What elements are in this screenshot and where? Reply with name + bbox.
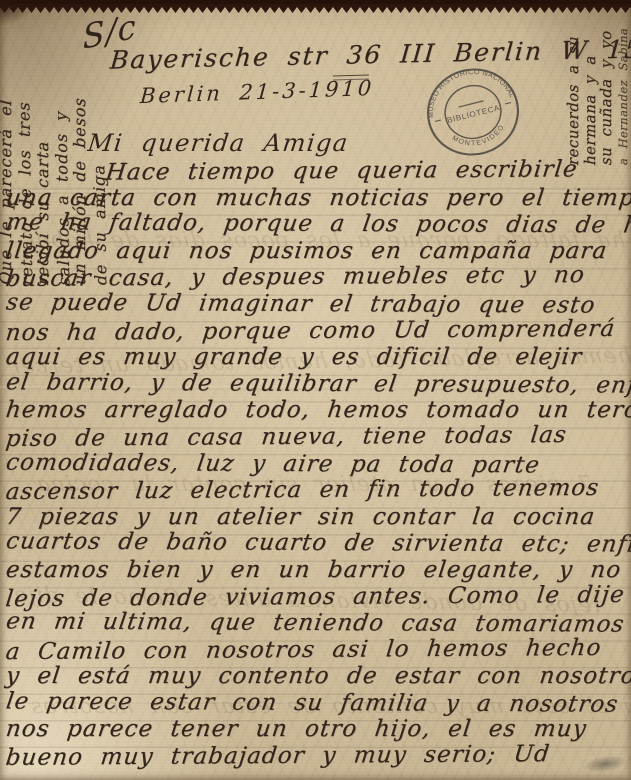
body-line-text: estamos bien y en un barrio elegante, y … xyxy=(4,557,623,583)
salutation: Mi querida Amiga xyxy=(86,129,350,157)
body-line: nos ha dado, porque como Ud comprenderá xyxy=(6,318,631,345)
body-line: Hace tiempo que queria escribirle xyxy=(6,158,631,185)
body-line-text: en mi ultima, que teniendo casa tomariam… xyxy=(4,608,626,637)
body-line-text: y el está muy contento de estar con noso… xyxy=(4,663,631,689)
body-line-text: buscar casa, y despues muebles etc y no xyxy=(4,262,586,292)
body-line: a Camilo con nosotros asi lo hemos hecho xyxy=(6,637,631,664)
body-line: y el está muy contento de estar con noso… xyxy=(6,663,631,690)
body-line-text: me ha faltado, porque a los pocos dias d… xyxy=(4,209,631,239)
body-line: se puede Ud imaginar el trabajo que esto xyxy=(6,291,631,318)
body-line-text: llegado aqui nos pusimos en campaña para xyxy=(4,238,609,264)
body-line-text: 7 piezas y un atelier sin contar la coci… xyxy=(4,504,596,530)
body-line-text: aqui es muy grande y es dificil de eleji… xyxy=(4,344,583,370)
body-line: le parece estar con su familia y a nosot… xyxy=(6,690,631,717)
stamp-center-text: BIBLIOTECA xyxy=(446,103,501,125)
body-line: estamos bien y en un barrio elegante, y … xyxy=(6,557,631,584)
body-line-text: una carta con muchas noticias pero el ti… xyxy=(4,185,631,211)
body-line-text: a Camilo con nosotros asi lo hemos hecho xyxy=(4,635,603,665)
date-line: Berlin 21-3-1910 xyxy=(139,76,375,108)
library-stamp: MUSEO HISTORICO NACIONAL MONTEVIDEO BIBL… xyxy=(414,55,531,168)
letter-body: Hace tiempo que queria escribirle una ca… xyxy=(6,158,631,770)
body-line-text: hemos arreglado todo, hemos tomado un te… xyxy=(4,397,631,423)
body-line: piso de una casa nueva, tiene todas las xyxy=(6,424,631,451)
stamp-divider-line xyxy=(459,101,484,107)
body-line: comodidades, luz y aire pa toda parte xyxy=(6,451,631,478)
body-line: una carta con muchas noticias pero el ti… xyxy=(6,185,631,212)
body-line: el barrio, y de equilibrar el presupuest… xyxy=(6,371,631,398)
body-line: me ha faltado, porque a los pocos dias d… xyxy=(6,211,631,238)
perforated-edge xyxy=(0,0,631,13)
body-line-text: piso de una casa nueva, tiene todas las xyxy=(4,422,568,452)
body-line-text: cuartos de baño cuarto de sirvienta etc;… xyxy=(4,529,631,558)
body-line: nos parece tener un otro hijo, el es muy xyxy=(6,716,631,743)
body-line-text: Hace tiempo que queria escribirle xyxy=(104,156,579,185)
body-line-text: comodidades, luz y aire pa toda parte xyxy=(4,449,542,478)
address-line: Bayerische str 36 III Berlin W 15 xyxy=(109,34,631,74)
body-line-text: nos parece tener un otro hijo, el es muy xyxy=(4,716,588,742)
body-line: 7 piezas y un atelier sin contar la coci… xyxy=(6,504,631,531)
body-line: hemos arreglado todo, hemos tomado un te… xyxy=(6,397,631,424)
stamp-side-dash xyxy=(505,103,511,104)
letter-page: me ha faltado, porque a los pocos dias d… xyxy=(0,0,631,780)
body-line: aqui es muy grande y es dificil de eleji… xyxy=(6,344,631,371)
body-line-text: se puede Ud imaginar el trabajo que esto xyxy=(4,289,597,318)
body-line-text: ascensor luz electrica en fin todo tenem… xyxy=(4,475,600,505)
body-line: bueno muy trabajador y muy serio; Ud xyxy=(6,743,631,770)
body-line-text: le parece estar con su familia y a nosot… xyxy=(4,688,620,717)
body-line: lejos de donde viviamos antes. Como le d… xyxy=(6,584,631,611)
body-line-text: el barrio, y de equilibrar el presupuest… xyxy=(4,369,631,398)
body-line: cuartos de baño cuarto de sirvienta etc;… xyxy=(6,530,631,557)
body-line: buscar casa, y despues muebles etc y no xyxy=(6,264,631,291)
body-line-text: bueno muy trabajador y muy serio; Ud xyxy=(4,741,551,771)
stamp-side-dash xyxy=(435,120,441,121)
body-line: ascensor luz electrica en fin todo tenem… xyxy=(6,477,631,504)
body-line: llegado aqui nos pusimos en campaña para xyxy=(6,238,631,265)
body-line-text: nos ha dado, porque como Ud comprenderá xyxy=(4,315,617,345)
body-line: en mi ultima, que teniendo casa tomariam… xyxy=(6,610,631,637)
body-line-text: lejos de donde viviamos antes. Como le d… xyxy=(4,581,626,611)
